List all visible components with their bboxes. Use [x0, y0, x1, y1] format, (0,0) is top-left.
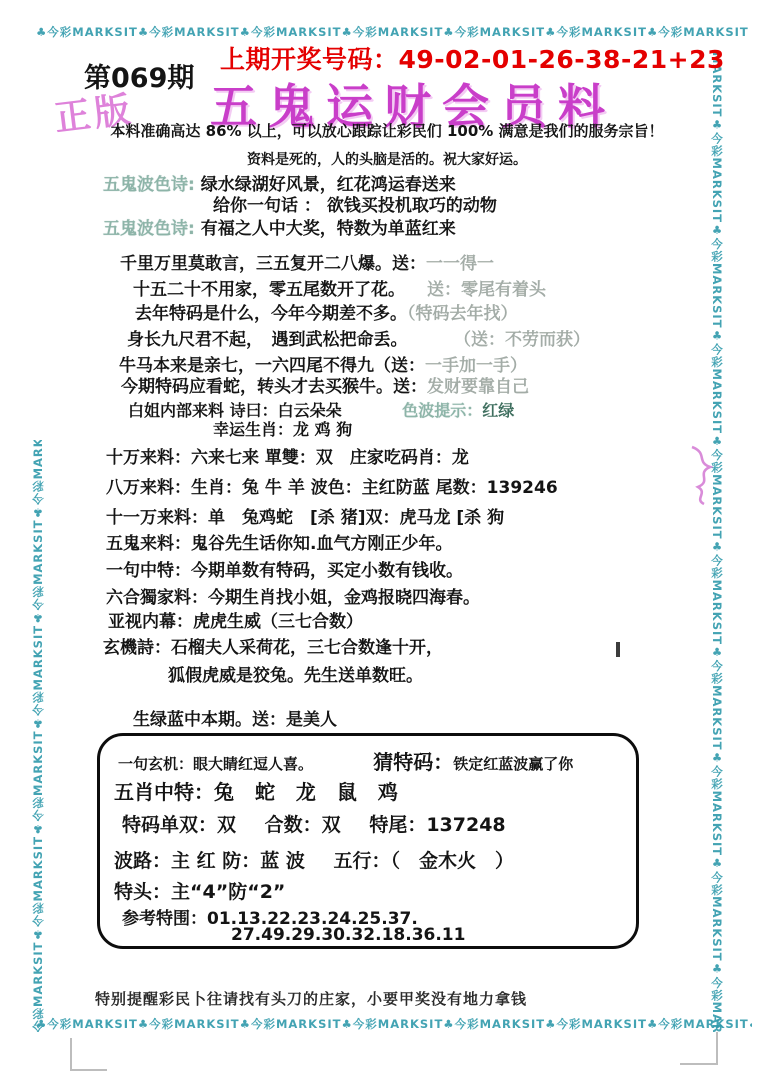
elements-label: 五行：: [334, 850, 391, 872]
material-line: 一句中特：今期单数有特码，买定小数有钱收。: [106, 562, 463, 581]
ink-smudge: [684, 444, 722, 506]
head-label: 特头：: [114, 881, 171, 903]
baijie-source-label: 白姐内部来料: [128, 401, 224, 420]
material-text: 鬼谷先生话你知.血气方刚正少年。: [191, 534, 452, 554]
range-label: 参考特围：: [122, 909, 207, 929]
material-text: 狐假虎威是狡兔。先生送单数旺。: [168, 666, 423, 686]
head-line: 特头：主“4”防“2”: [114, 877, 285, 904]
material-line: 十万来料：六来七来 單雙：双 庄家吃码肖：龙: [106, 449, 469, 468]
mystery-label: 一句玄机：: [118, 755, 193, 773]
material-text: 虎虎生威（三七合数）: [193, 612, 363, 632]
parity-label: 特码单双：: [122, 814, 217, 836]
wave-poem-text: 给你一句话 ： 欲钱买投机取巧的动物: [213, 196, 497, 216]
verse-faded: 一手加一手）: [425, 356, 527, 376]
material-line: 玄機詩：石榴夫人采荷花，三七合数逢十开，: [103, 639, 443, 658]
verse-line: 十五二十不用家，零五尾数开了花。送：零尾有着头: [133, 281, 546, 300]
material-text: 六来七来 單雙：双 庄家吃码肖：龙: [191, 448, 469, 468]
accuracy-slogan: 本料准确高达 86% 以上，可以放心跟踪让彩民们 100% 满意是我们的服务宗旨…: [36, 120, 738, 141]
watermark-top: ♣今彩MARKSIT♣今彩MARKSIT♣今彩MARKSIT♣今彩MARKSIT…: [36, 24, 750, 41]
guess-label: 猜特码：: [373, 750, 453, 774]
wave-poem-label: 五鬼波色诗:: [103, 175, 195, 195]
wave-line: 波路：主 红 防：蓝 波 五行：（ 金木火 ）: [114, 846, 514, 873]
watermark-left: 今彩MARKSIT♣今彩MARKSIT♣今彩MARKSIT♣今彩MARKSIT♣…: [30, 440, 46, 1032]
material-label: 十万来料：: [106, 448, 191, 468]
verse-line: 牛马本来是亲七，一六四尾不得九（送：一手加一手）: [119, 357, 527, 376]
verse-text: 千里万里莫敢言，三五复开二八爆。送：: [120, 254, 426, 274]
material-text: 石榴夫人采荷花，三七合数逢十开，: [171, 638, 443, 658]
mystery-text: 眼大睛红逗人喜。: [193, 755, 313, 773]
baijie-poem-text: 白云朵朵: [278, 401, 342, 420]
verse-text: 十五二十不用家，零五尾数开了花。: [133, 280, 405, 300]
five-zodiac-line: 五肖中特：兔 蛇 龙 鼠 鸡: [114, 776, 405, 805]
watermark-right: MARKSIT♣今彩MARKSIT♣今彩MARKSIT♣今彩MARKSIT♣今彩…: [708, 52, 725, 1032]
mystery-line: 一句玄机：眼大睛红逗人喜。 猜特码：铁定红蓝波赢了你: [118, 746, 573, 775]
head-value: 主“4”防“2”: [171, 881, 285, 903]
material-text: 生绿蓝中本期。送：是美人: [133, 710, 337, 730]
scan-border-artifact: [70, 1069, 107, 1071]
baijie-line: 白姐内部来料 诗曰：白云朵朵 色波提示：红绿: [128, 402, 514, 420]
wave-poem-text: 绿水绿湖好风景，红花鸿运春送来: [201, 175, 456, 195]
wave-poem-label: 五鬼波色诗:: [103, 219, 195, 239]
verse-text: 今期特码应看蛇，转头才去买猴牛。送：: [121, 377, 427, 397]
wave-poem-line: 给你一句话 ： 欲钱买投机取巧的动物: [213, 197, 497, 216]
parity-value: 双: [217, 814, 236, 836]
verse-text: 身长九尺君不起， 遇到武松把命丢。: [127, 330, 408, 350]
verse-line: 身长九尺君不起， 遇到武松把命丢。（送：不劳而获）: [127, 331, 590, 350]
wave-poem-line: 五鬼波色诗: 有福之人中大奖，特数为单蓝红来: [103, 220, 456, 239]
verse-text: 去年特码是什么，今年今期差不多。: [135, 304, 407, 324]
sum-value: 双: [322, 814, 341, 836]
verse-faded: 一一得一: [426, 254, 494, 274]
range-numbers-2: 27.49.29.30.32.18.36.11: [231, 925, 465, 945]
prediction-box: 一句玄机：眼大睛红逗人喜。 猜特码：铁定红蓝波赢了你 五肖中特：兔 蛇 龙 鼠 …: [97, 733, 639, 949]
material-label: 五鬼来料：: [106, 534, 191, 554]
wave-label: 波路：: [114, 850, 171, 872]
lucky-value: 龙 鸡 狗: [293, 420, 352, 439]
tail-value: 137248: [426, 814, 505, 836]
material-label: 一句中特：: [106, 561, 191, 581]
wave-poem-text: 有福之人中大奖，特数为单蓝红来: [201, 219, 456, 239]
verse-line: 今期特码应看蛇，转头才去买猴牛。送：发财要靠自己: [121, 378, 529, 397]
material-text: 今期生肖找小姐，金鸡报晓四海春。: [208, 588, 480, 608]
verse-text: 牛马本来是亲七，一六四尾不得九（送：: [119, 356, 425, 376]
baijie-poem-label: 诗曰：: [230, 401, 278, 420]
material-line: 生绿蓝中本期。送：是美人: [133, 711, 337, 730]
material-text: 今期单数有特码，买定小数有钱收。: [191, 561, 463, 581]
scan-border-artifact: [680, 1063, 718, 1065]
verse-faded: （特码去年找）: [407, 304, 518, 324]
lucky-label: 幸运生肖：: [213, 420, 293, 439]
material-line: 六合獨家料：今期生肖找小姐，金鸡报晓四海春。: [106, 589, 480, 608]
material-label: 玄機詩：: [103, 638, 171, 658]
material-label: 八万来料：: [106, 478, 191, 498]
material-line: 八万来料：生肖：兔 牛 羊 波色：主红防蓝 尾数：139246: [106, 479, 558, 498]
material-label: 亚视内幕：: [108, 612, 193, 632]
verse-faded: 送：零尾有着头: [427, 280, 546, 300]
guess-text: 铁定红蓝波赢了你: [453, 755, 573, 773]
material-label: 十一万来料：: [106, 508, 208, 528]
motto-note: 资料是死的，人的头脑是活的。祝大家好运。: [36, 149, 738, 169]
verse-faded: （送：不劳而获）: [463, 330, 591, 350]
baijie-hint-label: 色波提示：: [402, 401, 482, 420]
range-line-2: 27.49.29.30.32.18.36.11: [231, 925, 465, 945]
wave-poem-line: 五鬼波色诗: 绿水绿湖好风景，红花鸿运春送来: [103, 176, 456, 195]
scan-border-artifact: [70, 1038, 72, 1070]
tail-label: 特尾：: [369, 814, 426, 836]
print-artifact-mark: [616, 642, 620, 657]
verse-faded: 发财要靠自己: [427, 377, 529, 397]
wave-value: 主 红 防：蓝 波: [171, 850, 305, 872]
material-label: 六合獨家料：: [106, 588, 208, 608]
warning-note: 特别提醒彩民卜往请找有头刀的庄家，小要甲奖没有地力拿钱: [95, 988, 527, 1009]
material-line: 狐假虎威是狡兔。先生送单数旺。: [168, 667, 423, 686]
material-line: 亚视内幕：虎虎生威（三七合数）: [108, 613, 363, 632]
verse-line: 去年特码是什么，今年今期差不多。（特码去年找）: [135, 305, 518, 324]
material-text: 生肖：兔 牛 羊 波色：主红防蓝 尾数：139246: [191, 478, 558, 498]
five-zodiac-value: 兔 蛇 龙 鼠 鸡: [214, 780, 405, 804]
material-text: 单 兔鸡蛇 [杀 猪]双：虎马龙 [杀 狗: [208, 508, 504, 528]
scan-border-artifact: [716, 1032, 718, 1065]
sum-label: 合数：: [265, 814, 322, 836]
material-line: 十一万来料：单 兔鸡蛇 [杀 猪]双：虎马龙 [杀 狗: [106, 509, 504, 528]
five-zodiac-label: 五肖中特：: [114, 780, 214, 804]
lucky-zodiac-line: 幸运生肖：龙 鸡 狗: [213, 421, 352, 439]
watermark-bottom: ♣今彩MARKSIT♣今彩MARKSIT♣今彩MARKSIT♣今彩MARKSIT…: [36, 1016, 752, 1033]
elements-value: （ 金木火 ）: [391, 850, 515, 872]
baijie-hint-value: 红绿: [482, 401, 514, 420]
verse-line: 千里万里莫敢言，三五复开二八爆。送：一一得一: [120, 255, 494, 274]
parity-line: 特码单双：双 合数：双 特尾：137248: [122, 810, 506, 837]
material-line: 五鬼来料：鬼谷先生话你知.血气方刚正少年。: [106, 535, 452, 554]
